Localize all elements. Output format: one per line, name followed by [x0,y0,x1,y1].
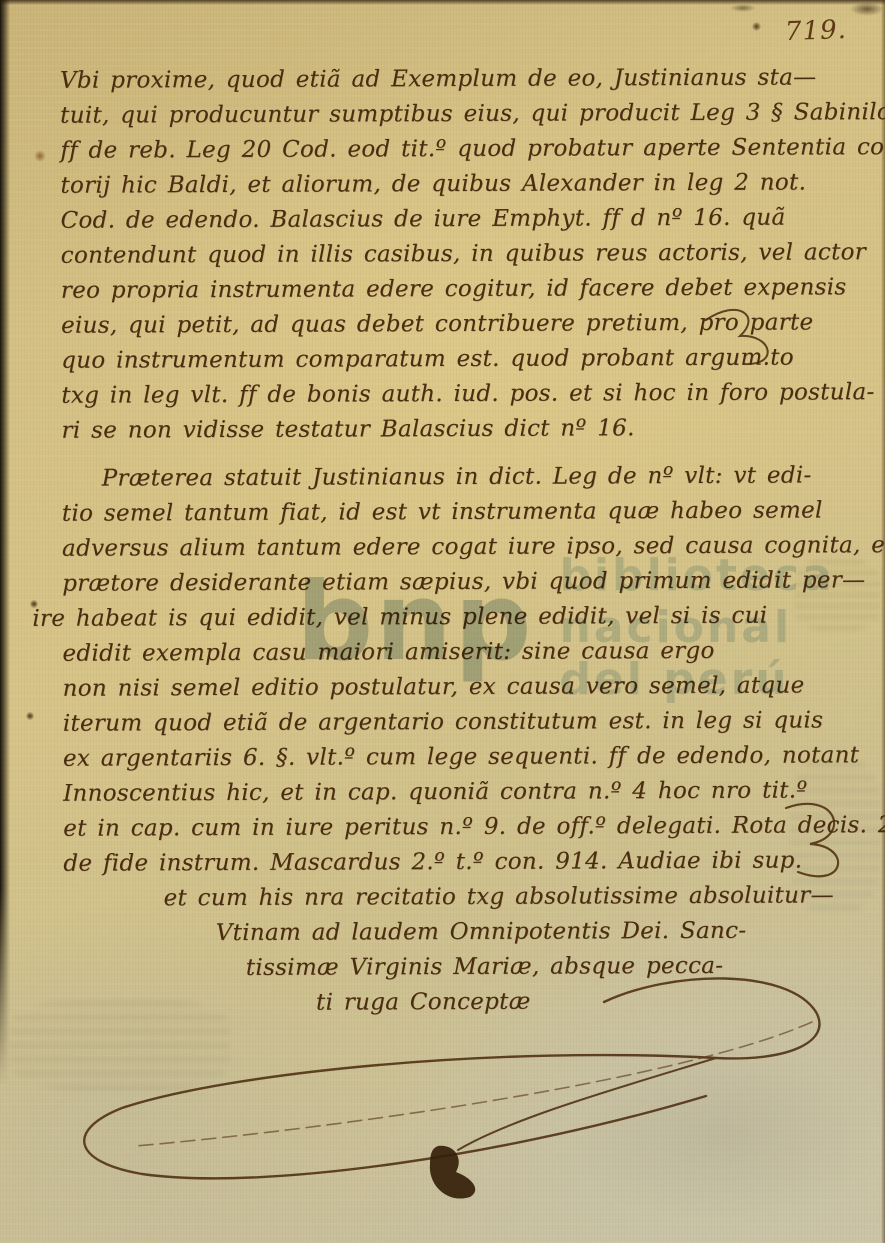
manuscript-line: txg in leg vlt. ff de bonis auth. iud. p… [61,375,851,413]
manuscript-line: ti ruga Conceptæ [64,983,854,1021]
scan-edge-right [881,0,885,1243]
manuscript-line: ex argentariis 6. §. vlt.º cum lege sequ… [63,738,853,776]
page-number: 719. [785,15,848,47]
manuscript-line: iterum quod etiã de argentario constitut… [63,703,853,741]
manuscript-text-block: Vbi proxime, quod etiã ad Exemplum de eo… [60,60,854,1021]
ink-dot [752,22,761,31]
manuscript-line: ff de reb. Leg 20 Cod. eod tit.º quod pr… [60,130,850,168]
paper-stain [730,4,756,12]
manuscript-line: ire habeat is qui edidit, vel minus plen… [32,598,852,637]
manuscript-line: Præterea statuit Justinianus in dict. Le… [62,458,852,496]
manuscript-line: tuit, qui producuntur sumptibus eius, qu… [60,95,850,133]
manuscript-line: de fide instrum. Mascardus 2.º t.º con. … [63,843,853,881]
scan-edge-top [0,0,885,5]
manuscript-line: et cum his nra recitatio txg absolutissi… [63,878,853,916]
manuscript-line: adversus alium tantum edere cogat iure i… [62,528,852,566]
manuscript-line: Vbi proxime, quod etiã ad Exemplum de eo… [60,60,850,98]
manuscript-line: Vtinam ad laudem Omnipotentis Dei. Sanc- [64,913,854,951]
manuscript-line: tio semel tantum fiat, id est vt instrum… [62,493,852,531]
manuscript-line: reo propria instrumenta edere cogitur, i… [61,270,851,308]
manuscript-line: Innoscentius hic, et in cap. quoniã cont… [63,773,853,811]
manuscript-line: quo instrumentum comparatum est. quod pr… [61,340,851,378]
manuscript-line: prætore desiderante etiam sæpius, vbi qu… [62,563,852,601]
paper-stain [34,150,46,162]
manuscript-line: non nisi semel editio postulatur, ex cau… [63,668,853,706]
manuscript-line: torij hic Baldi, et aliorum, de quibus A… [60,165,850,203]
margin-ink-dot [26,712,34,720]
scan-edge-left [0,0,10,1085]
manuscript-line: edidit exempla casu maiori amiserit: sin… [62,633,852,671]
ink-blot [430,1146,475,1199]
manuscript-line: ri se non vidisse testatur Balascius dic… [61,410,851,448]
water-stain [560,1040,880,1230]
manuscript-line: eius, qui petit, ad quas debet contribue… [61,305,851,343]
manuscript-line: Cod. de edendo. Balascius de iure Emphyt… [61,200,851,238]
manuscript-page: 719. Vbi proxime, quod etiã ad Exemplum … [0,0,885,1243]
manuscript-line: et in cap. cum in iure peritus n.º 9. de… [63,808,853,846]
manuscript-line: contendunt quod in illis casibus, in qui… [61,235,851,273]
manuscript-line: tissimæ Virginis Mariæ, absque pecca- [64,948,854,986]
